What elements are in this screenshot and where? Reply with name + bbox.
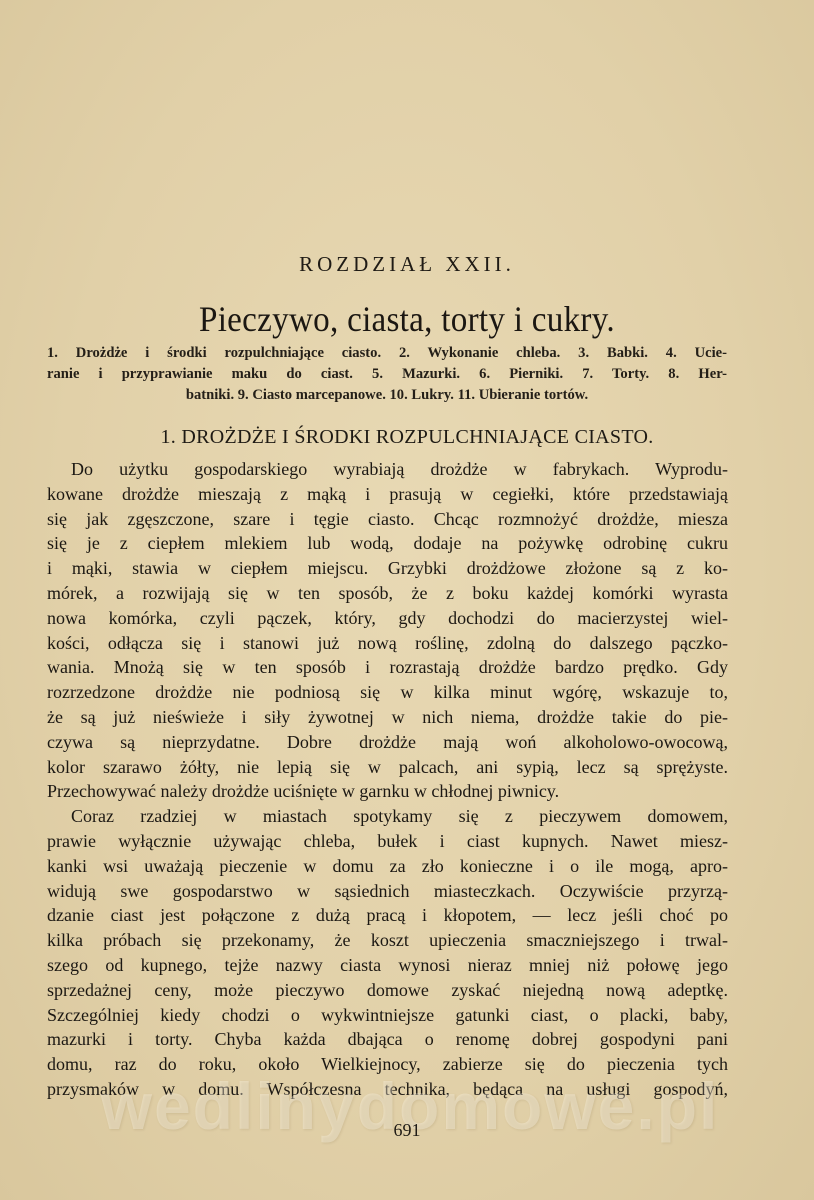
text-line: rozrzedzone drożdże nie podniosą się w k… [47,680,728,705]
text-line: czywa są nieprzydatne. Dobre drożdże maj… [47,730,728,755]
text-line: że są już nieświeże i siły żywotnej w ni… [47,705,728,730]
text-line: kanki wsi uważają pieczenie w domu za zł… [47,854,728,879]
text-line: kilka próbach się przekonamy, że koszt u… [47,928,728,953]
toc-line: 1. Drożdże i środki rozpulchniające cias… [47,343,727,364]
text-line: nowa komórka, czyli pączek, który, gdy d… [47,606,728,631]
toc-line: ranie i przyprawianie maku do ciast. 5. … [47,364,727,385]
book-page: ROZDZIAŁ XXII. Pieczywo, ciasta, torty i… [0,0,814,1200]
text-line: mórek, a rozwijają się w ten sposób, że … [47,581,728,606]
text-line: kolor szarawo żółty, nie lepią się w pal… [47,755,728,780]
paragraph-2: Coraz rzadziej w miastach spotykamy się … [47,804,728,1102]
text-line: się je z ciepłem mlekiem lub wodą, dodaj… [47,531,728,556]
text-line: Coraz rzadziej w miastach spotykamy się … [47,804,728,829]
section-heading: 1. DROŻDŻE I ŚRODKI ROZPULCHNIAJĄCE CIAS… [0,426,814,449]
chapter-contents-summary: 1. Drożdże i środki rozpulchniające cias… [47,343,727,406]
text-line: wania. Mnożą się w ten sposób i rozrasta… [47,655,728,680]
toc-line: batniki. 9. Ciasto marcepanowe. 10. Lukr… [47,385,727,406]
text-line: sprzedażnej ceny, może pieczywo domowe z… [47,978,728,1003]
text-line: i mąki, stawia w ciepłem miejscu. Grzybk… [47,556,728,581]
text-line: prawie wyłącznie używając chleba, bułek … [47,829,728,854]
chapter-label: ROZDZIAŁ XXII. [0,252,814,277]
text-line: kowane drożdże mieszają z mąką i prasują… [47,482,728,507]
text-line: kości, odłącza się i stanowi już nową ro… [47,631,728,656]
text-line: mazurki i torty. Chyba każda dbająca o r… [47,1027,728,1052]
text-line: szego od kupnego, tejże nazwy ciasta wyn… [47,953,728,978]
body-text: Do użytku gospodarskiego wyrabiają drożd… [47,457,728,1102]
page-number: 691 [0,1120,814,1141]
text-line: Do użytku gospodarskiego wyrabiają drożd… [47,457,728,482]
paragraph-1: Do użytku gospodarskiego wyrabiają drożd… [47,457,728,804]
text-line: dzanie ciast jest połączone z dużą pracą… [47,903,728,928]
text-line: Szczególniej kiedy chodzi o wykwintniejs… [47,1003,728,1028]
text-line: się jak zgęszczone, szare i tęgie ciasto… [47,507,728,532]
text-line: Przechowywać należy drożdże uciśnięte w … [47,779,728,804]
text-line: widują swe gospodarstwo w sąsiednich mia… [47,879,728,904]
chapter-title: Pieczywo, ciasta, torty i cukry. [33,298,782,340]
